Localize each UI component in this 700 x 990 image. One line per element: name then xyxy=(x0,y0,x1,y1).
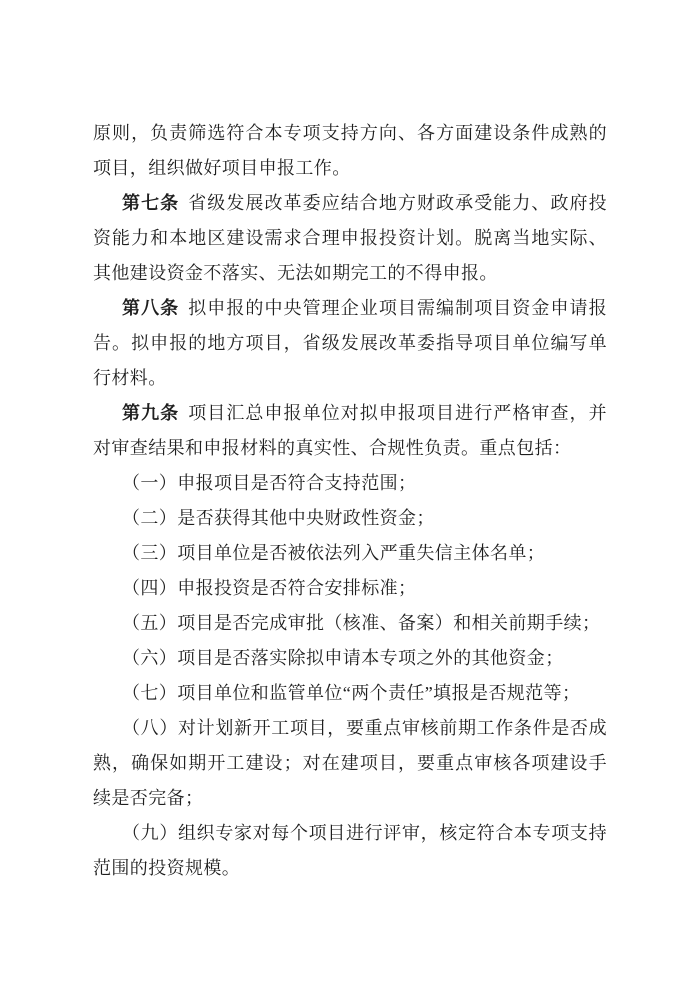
paragraph-text: 原则，负责筛选符合本专项支持方向、各方面建设条件成熟的项目，组织做好项目申报工作… xyxy=(93,123,607,178)
paragraph: 第八条拟申报的中央管理企业项目需编制项目资金申请报告。拟申报的地方项目，省级发展… xyxy=(93,291,607,396)
article-number: 第七条 xyxy=(122,193,179,213)
paragraph-text: （八）对计划新开工项目，要重点审核前期工作条件是否成熟，确保如期开工建设；对在建… xyxy=(93,718,607,808)
article-number: 第八条 xyxy=(122,298,179,318)
paragraph: （八）对计划新开工项目，要重点审核前期工作条件是否成熟，确保如期开工建设；对在建… xyxy=(93,711,607,816)
article-number: 第九条 xyxy=(122,403,179,423)
paragraph: 第九条项目汇总申报单位对拟申报项目进行严格审查，并对审查结果和申报材料的真实性、… xyxy=(93,396,607,466)
paragraph: （三）项目单位是否被依法列入严重失信主体名单； xyxy=(93,536,607,571)
paragraph: 原则，负责筛选符合本专项支持方向、各方面建设条件成熟的项目，组织做好项目申报工作… xyxy=(93,116,607,186)
paragraph-text: （九）组织专家对每个项目进行评审，核定符合本专项支持范围的投资规模。 xyxy=(93,823,607,878)
paragraph: （六）项目是否落实除拟申请本专项之外的其他资金； xyxy=(93,641,607,676)
paragraph: （四）申报投资是否符合安排标准； xyxy=(93,571,607,606)
document-body: 原则，负责筛选符合本专项支持方向、各方面建设条件成熟的项目，组织做好项目申报工作… xyxy=(93,116,607,886)
paragraph-text: （三）项目单位是否被依法列入严重失信主体名单； xyxy=(122,543,545,563)
paragraph: （五）项目是否完成审批（核准、备案）和相关前期手续； xyxy=(93,606,607,641)
paragraph-text: （五）项目是否完成审批（核准、备案）和相关前期手续； xyxy=(122,613,600,633)
paragraph-text: （四）申报投资是否符合安排标准； xyxy=(122,578,416,598)
document-page: 原则，负责筛选符合本专项支持方向、各方面建设条件成熟的项目，组织做好项目申报工作… xyxy=(0,0,700,990)
paragraph-text: （一）申报项目是否符合支持范围； xyxy=(122,473,416,493)
paragraph: （七）项目单位和监管单位“两个责任”填报是否规范等； xyxy=(93,676,607,711)
paragraph-text: （六）项目是否落实除拟申请本专项之外的其他资金； xyxy=(122,648,564,668)
paragraph: 第七条省级发展改革委应结合地方财政承受能力、政府投资能力和本地区建设需求合理申报… xyxy=(93,186,607,291)
paragraph-text: （七）项目单位和监管单位“两个责任”填报是否规范等； xyxy=(122,683,580,703)
paragraph: （一）申报项目是否符合支持范围； xyxy=(93,466,607,501)
paragraph-text: （二）是否获得其他中央财政性资金； xyxy=(122,508,435,528)
paragraph: （二）是否获得其他中央财政性资金； xyxy=(93,501,607,536)
paragraph: （九）组织专家对每个项目进行评审，核定符合本专项支持范围的投资规模。 xyxy=(93,816,607,886)
